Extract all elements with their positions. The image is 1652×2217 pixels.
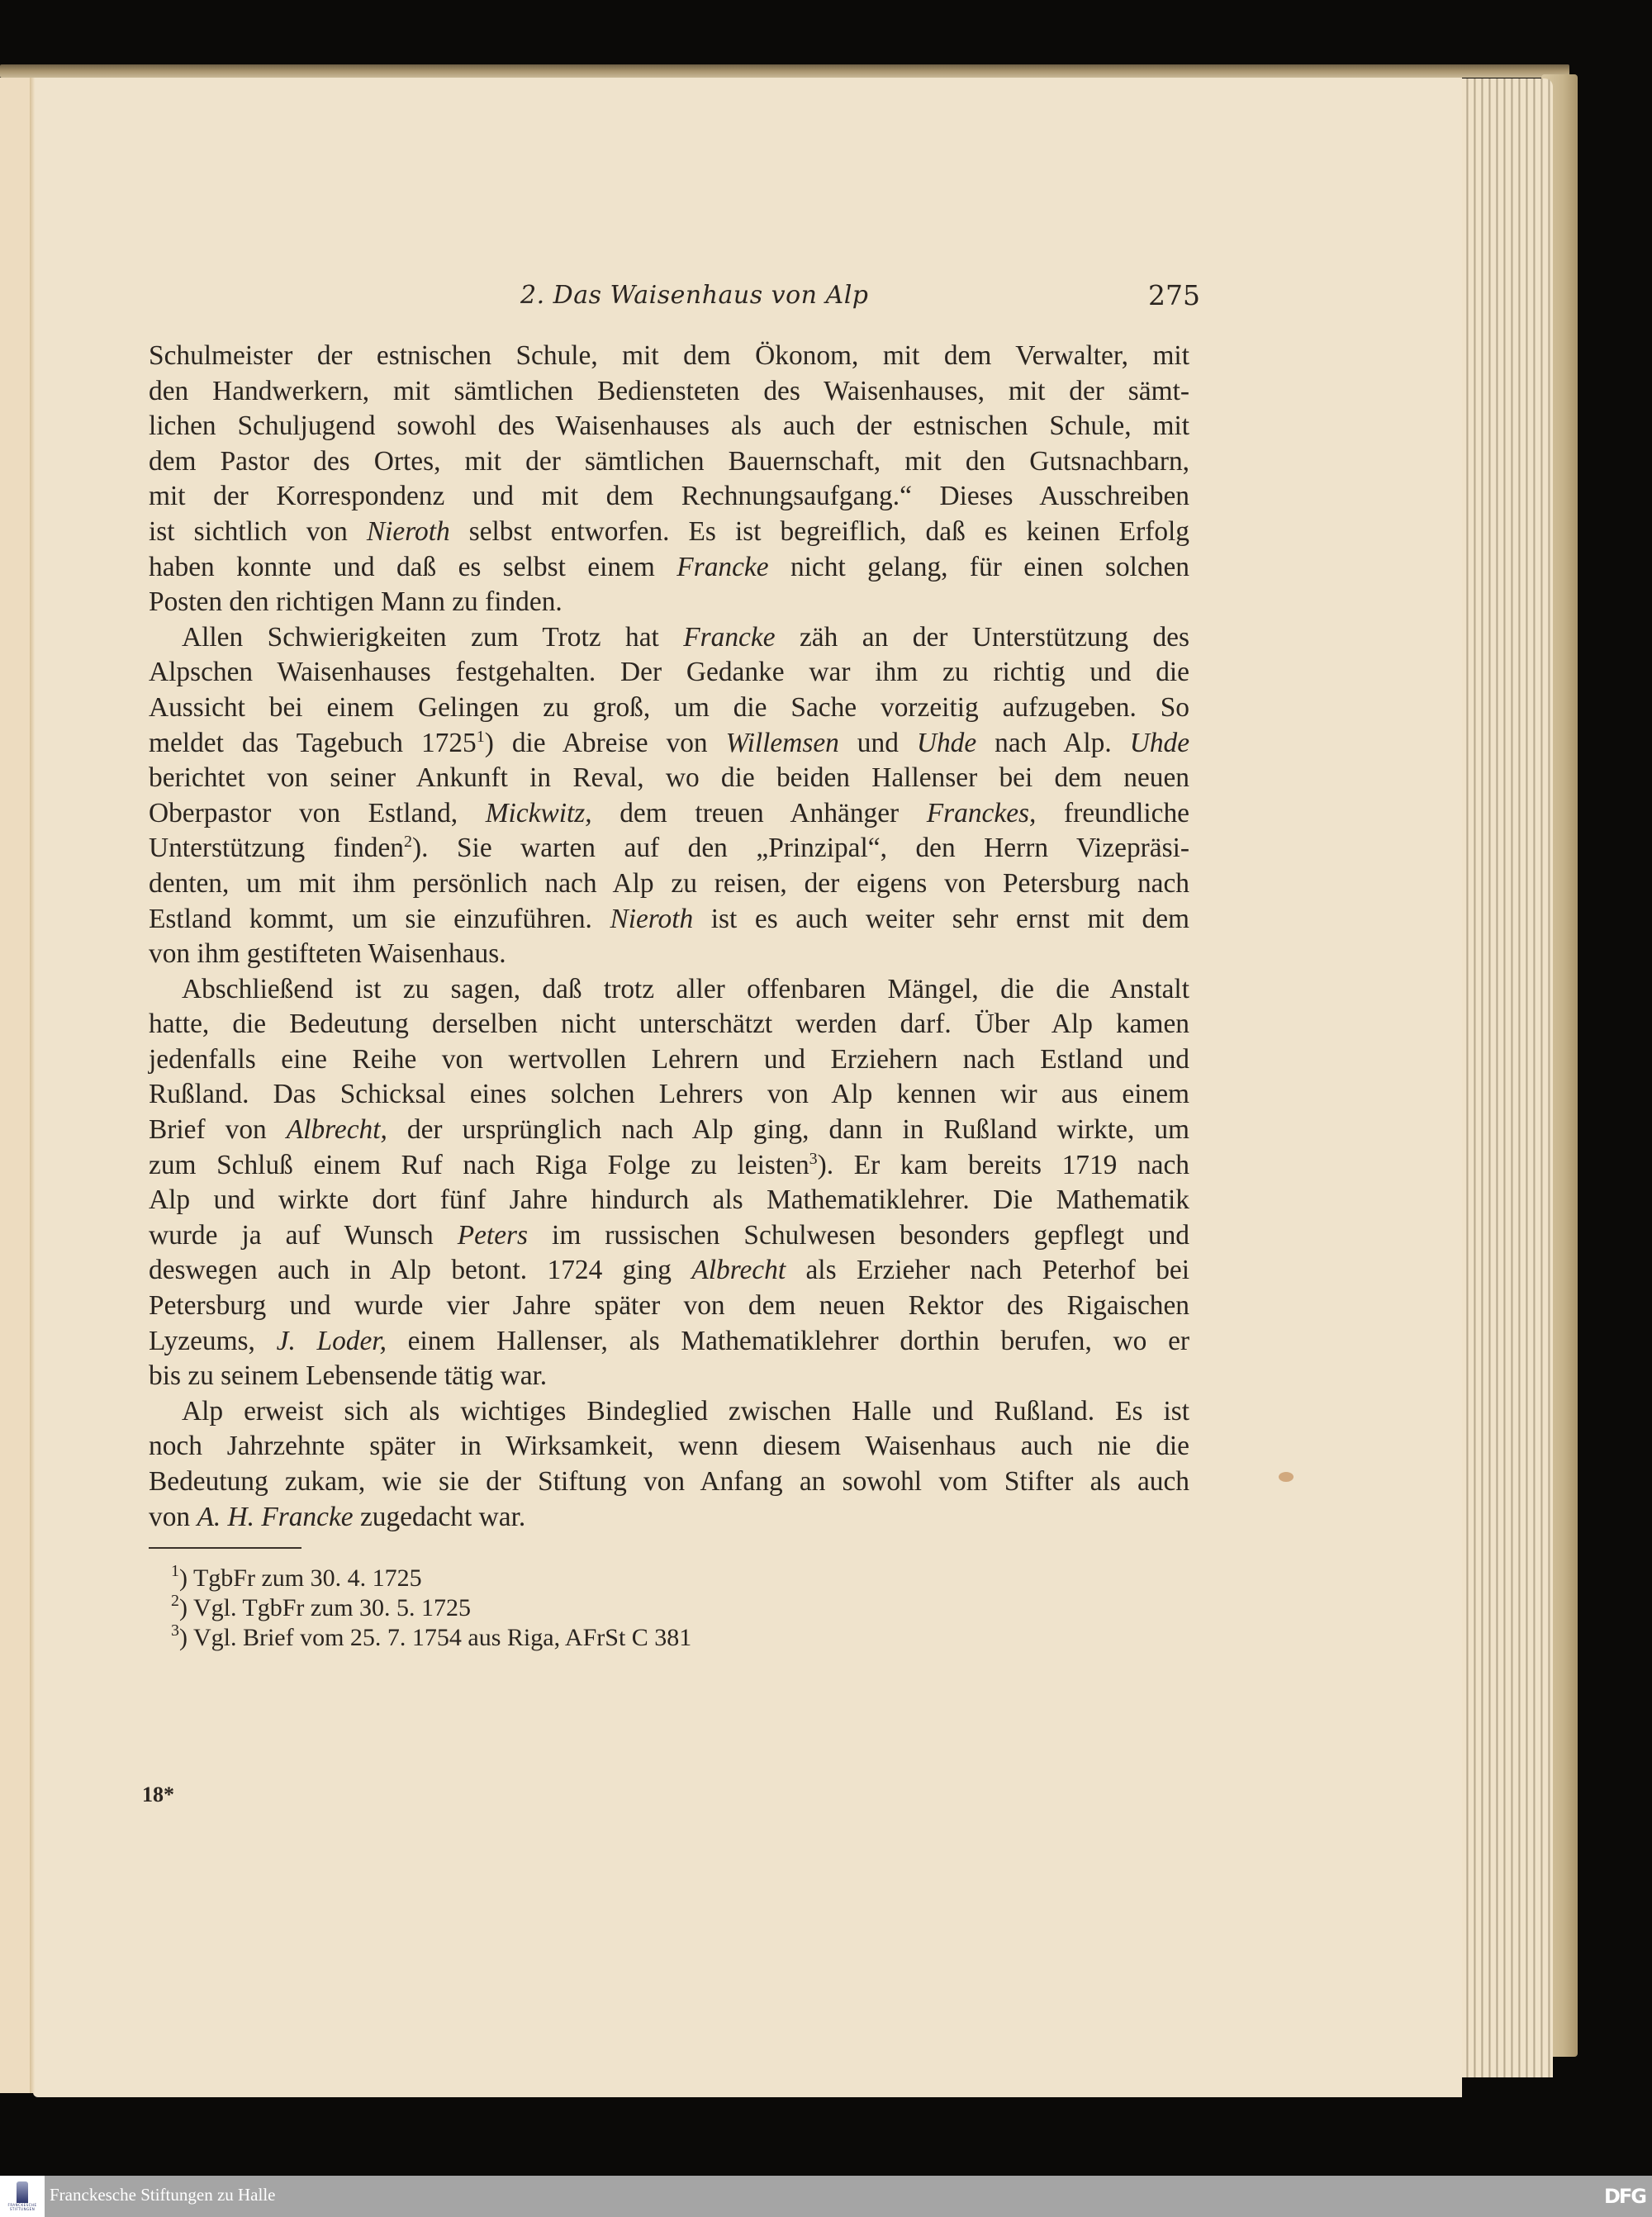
text-line: Abschließend ist zu sagen, daß trotz all… — [149, 972, 1189, 1008]
footnote: 3) Vgl. Brief vom 25. 7. 1754 aus Riga, … — [171, 1623, 691, 1653]
text-line: Lyzeums, J. Loder, einem Hallenser, als … — [149, 1324, 1189, 1360]
text-line: hatte, die Bedeutung derselben nicht unt… — [149, 1007, 1189, 1042]
text-line: Alp erweist sich als wichtiges Bindeglie… — [149, 1394, 1189, 1430]
text-line: Rußland. Das Schicksal eines solchen Leh… — [149, 1077, 1189, 1113]
text-line: von A. H. Francke zugedacht war. — [149, 1500, 1189, 1536]
institution-name: Franckesche Stiftungen zu Halle — [50, 2185, 276, 2205]
text-line: Allen Schwierigkeiten zum Trotz hat Fran… — [149, 620, 1189, 656]
text-line: wurde ja auf Wunsch Peters im russischen… — [149, 1218, 1189, 1254]
page-stack-edges — [1454, 78, 1553, 2077]
book-scan: 2. Das Waisenhaus von Alp 275 Schulmeist… — [0, 0, 1652, 2176]
text-line: Estland kommt, um sie einzuführen. Niero… — [149, 902, 1189, 938]
footnote-rule — [149, 1547, 301, 1549]
binding-top-edge — [0, 64, 1569, 78]
running-head: 2. Das Waisenhaus von Alp — [520, 281, 869, 310]
text-line: mit der Korrespondenz und mit dem Rechnu… — [149, 479, 1189, 515]
viewer-footer-bar: FRANCKESCHE STIFTUNGEN Franckesche Stift… — [0, 2176, 1652, 2217]
text-line: berichtet von seiner Ankunft in Reval, w… — [149, 761, 1189, 796]
text-line: Alp und wirkte dort fünf Jahre hindurch … — [149, 1183, 1189, 1218]
text-line: denten, um mit ihm persönlich nach Alp z… — [149, 866, 1189, 902]
logo-figure-icon — [17, 2181, 28, 2203]
body-text: Schulmeister der estnischen Schule, mit … — [149, 339, 1189, 1535]
text-line: Unterstützung finden2). Sie warten auf d… — [149, 831, 1189, 866]
logo-text-2: STIFTUNGEN — [10, 2207, 35, 2211]
dfg-logo[interactable]: DFG — [1604, 2185, 1645, 2208]
text-line: Schulmeister der estnischen Schule, mit … — [149, 339, 1189, 374]
text-line: dem Pastor des Ortes, mit der sämtlichen… — [149, 444, 1189, 480]
text-line: bis zu seinem Lebensende tätig war. — [149, 1359, 1189, 1394]
text-line: meldet das Tagebuch 17251) die Abreise v… — [149, 726, 1189, 762]
text-line: Bedeutung zukam, wie sie der Stiftung vo… — [149, 1465, 1189, 1500]
text-line: Alpschen Waisenhauses festgehalten. Der … — [149, 655, 1189, 691]
text-line: haben konnte und daß es selbst einem Fra… — [149, 550, 1189, 586]
text-line: den Handwerkern, mit sämtlichen Bedienst… — [149, 374, 1189, 410]
text-line: Brief von Albrecht, der ursprünglich nac… — [149, 1113, 1189, 1148]
paper-stain — [1279, 1472, 1294, 1482]
text-line: lichen Schuljugend sowohl des Waisenhaus… — [149, 409, 1189, 444]
text-line: deswegen auch in Alp betont. 1724 ging A… — [149, 1253, 1189, 1289]
text-line: noch Jahrzehnte später in Wirksamkeit, w… — [149, 1429, 1189, 1465]
footnote: 1) TgbFr zum 30. 4. 1725 — [171, 1564, 691, 1593]
text-line: von ihm gestifteten Waisenhaus. — [149, 937, 1189, 972]
text-line: Aussicht bei einem Gelingen zu groß, um … — [149, 691, 1189, 726]
footnotes: 1) TgbFr zum 30. 4. 17252) Vgl. TgbFr zu… — [171, 1564, 691, 1653]
text-line: Petersburg und wurde vier Jahre später v… — [149, 1289, 1189, 1324]
text-line: ist sichtlich von Nieroth selbst entworf… — [149, 515, 1189, 550]
text-line: jedenfalls eine Reihe von wertvollen Leh… — [149, 1042, 1189, 1078]
text-line: zum Schluß einem Ruf nach Riga Folge zu … — [149, 1148, 1189, 1184]
footnote: 2) Vgl. TgbFr zum 30. 5. 1725 — [171, 1593, 691, 1623]
page-gutter — [30, 78, 35, 2093]
text-line: Oberpastor von Estland, Mickwitz, dem tr… — [149, 796, 1189, 832]
text-line: Posten den richtigen Mann zu finden. — [149, 585, 1189, 620]
page-number: 275 — [1148, 279, 1200, 311]
franckesche-stiftungen-logo[interactable]: FRANCKESCHE STIFTUNGEN — [0, 2176, 45, 2217]
signature-mark: 18* — [142, 1783, 174, 1807]
